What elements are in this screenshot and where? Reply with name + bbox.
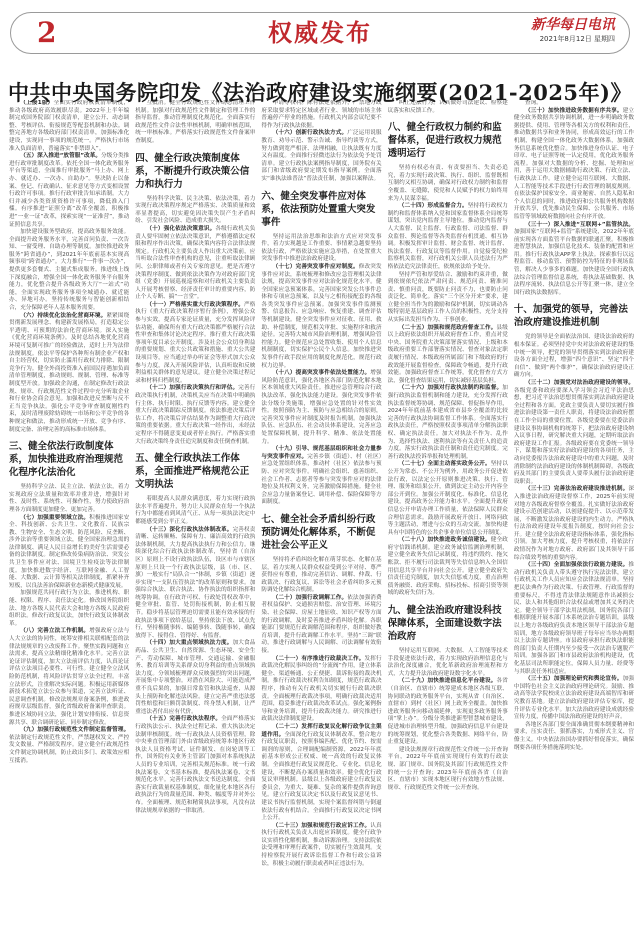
subsection-lead: （六）持续优化法治化营商环境。 <box>20 313 106 319</box>
subsection-lead: （三十四）全面加强依法行政能力建设。 <box>525 562 628 568</box>
paragraph-text: 深入推进法治政府建设督察工作，2025年前实现对地方各级政府督察全覆盖。扎实做好… <box>514 486 634 560</box>
paragraph-text: 坚持有权必有责、有责要担当、失责必追究，着力实现行政决策、执行、组织、监督既相互… <box>388 165 508 201</box>
issue-date: 2021年8月12日 星期四 <box>531 34 615 44</box>
subsection-lead: （九）加强行政规范性文件制定监督管理。 <box>20 727 129 733</box>
paragraph: （十二）加强行政决策执行和评估。完善行政决策执行机制，决策机关应当在决策中明确执… <box>135 385 255 446</box>
paragraph: （七）加强重要领域立法。积极推进国家安全、科技创新、公共卫生、文化教育、民族宗教… <box>9 515 129 591</box>
paragraph: 坚持科学立法、民主立法、依法立法，着力实现政府立法质量和效率并重并进，增强针对性… <box>9 484 129 514</box>
paragraph-text: 加强国家“互联网+监管”系统建设，2022年年底前实现各方面监管平台数据的联通汇… <box>514 229 634 296</box>
paragraph: （二十三）加强和规范行政应诉工作。认真执行行政机关负责人出庭应诉制度。健全行政争… <box>261 823 381 869</box>
paragraph: （十一）严格落实重大行政决策程序。严格执行《重大行政决策程序暂行条例》，增强公众… <box>135 302 255 386</box>
subsection-lead: （二十三）加强和规范行政应诉工作。 <box>273 823 371 829</box>
paragraph-text: 完善权责清晰、运转顺畅、保障有力、廉洁高效的行政执法体制机制，大力提高执法执行力… <box>135 527 255 639</box>
subsection-lead: （二十九）加快推进信息化平台建设。 <box>399 678 497 684</box>
paragraph-text: 建立健全政务数据共享协调机制，进一步明确政务数据提供、使用、管理等各相关方的权利… <box>514 108 634 220</box>
masthead: 2 权威发布 新华每日电讯 2021年8月12日 星期四 <box>10 12 630 54</box>
paragraph-text: 加强规范共同行政行为立法，推进机构、职能、权限、程序、责任法定化。修改国务院组织… <box>9 590 129 626</box>
section-heading: 六、健全突发事件应对体系，依法预防处置重大突发事件 <box>261 190 381 229</box>
subsection-lead: （十五）完善行政执法程序。 <box>146 716 221 722</box>
paragraph: （九）加强行政规范性文件制定监督管理。依法制定行政规范性文件，严禁越权发文、严控… <box>9 727 129 765</box>
paragraph: 坚持运用法治思维和法治方式应对突发事件，着力实现越是工作重要、事情紧急越要坚持依… <box>261 234 381 264</box>
paragraph-text: 紧紧围绕贯彻新发展理念、构建新发展格局，打造稳定公平透明、可预期的法治化营商环境… <box>9 313 129 433</box>
paragraph-text: 坚持运用互联网、大数据、人工智能等技术手段促进依法行政，着力实现政府治理信息化与… <box>388 648 508 677</box>
paragraph: （三十二）加强党对法治政府建设的领导。各级党委和政府要深入学习领会习近平法治思想… <box>514 380 634 486</box>
paragraph: 纠正违法行为。认真做好司法建议、检察建议落实和反馈工作。 <box>388 100 508 115</box>
paragraph-text: 分级分类推进行政审批制度改革。依托全国一体化政务服务平台等渠道，全面推行审批服务… <box>9 153 129 227</box>
paragraph-text: 党的领导是全面依法治国、建设法治政府的根本保证。必须坚持党中央对法治政府建设的集… <box>514 334 634 378</box>
subsection-lead: （三十二）加强党对法治政府建设的领导。 <box>525 380 634 386</box>
paragraph-text: 增强政府立法与人大立法的协同性，统筹安排相关联相配套的法律法规规章的立改废释工作… <box>9 628 129 725</box>
paragraph-text: 依法加强消费者权益保护、交通损害赔偿、治安管理、环境污染、社会保障、房屋土地征收… <box>261 595 381 654</box>
subsection-lead: （三十三）完善法治政府建设推进机制。 <box>525 486 628 492</box>
paragraph: （十三）深化行政执法体制改革。完善权责清晰、运转顺畅、保障有力、廉洁高效的行政执… <box>135 527 255 641</box>
paragraph: 各地区各部门要全面准确贯彻本纲要精神和要求，压实责任、狠抓落实，力戒形式主义、官… <box>514 722 634 752</box>
paragraph: （二十五）加强和规范政府督查工作。县级以上政府依法组织开展政府督查工作，重点对党… <box>388 325 508 386</box>
subsection-lead: （十一）严格落实重大行政决策程序。 <box>146 302 244 308</box>
paragraph: （十四）加大重点领域执法力度。加大食品药品、公共卫生、自然资源、生态环境、安全生… <box>135 640 255 716</box>
paragraph-text: 坚持将矛盾纠纷化解在萌芽状态、化解在基层，着力实现人民群众权益受到公平对待、尊严… <box>261 557 381 593</box>
subsection-lead: （十四）加大重点领域执法力度。 <box>146 640 232 646</box>
paragraph-text: 各级行政机关负责人要牢固树立依法决策意识，严格遵循法定权限和程序作出决策，确保决… <box>135 226 255 300</box>
subsection-lead: （十）强化依法决策意识。 <box>146 226 215 232</box>
subsection-lead: （十三）深化行政执法体制改革。 <box>146 527 232 533</box>
paragraph-text: 推动行政机关负责人带头遵守执行宪法法律，建立行政机关工作人员应知应会法律法规清单… <box>514 562 634 674</box>
paragraph-text: 建设法规规章行政规范性文件统一公开查询平台，2022年年底前实现现行有效的行政法… <box>388 747 508 791</box>
paragraph: （十八）提高突发事件依法处置能力。增强风险防范意识，强化各地区各部门防范化解本地… <box>261 370 381 446</box>
paragraph-text: 加大食品药品、公共卫生、自然资源、生态环境、安全生产、劳动保障、城市管理、交通运… <box>135 640 255 714</box>
paragraph: 申请等权利。除有法定依据外，严禁地方政府采取要求特定区域或者行业、领域的市场主体… <box>261 100 381 130</box>
subsection-lead: （二十六）加强对行政执法制约和监督。 <box>399 385 502 391</box>
section-heading: 十、加强党的领导，完善法治政府建设推进机制 <box>514 303 634 329</box>
paragraph-text: 各级党委和政府要深入学习领会习近平法治思想，把习近平法治思想贯彻落实到法治政府建… <box>514 388 634 485</box>
paragraph-text: 健全政府守信践诺机制。建立政务诚信监测治理机制，建立健全政务失信记录制度，将违约… <box>388 537 508 596</box>
paragraph: （二十）加强行政调解工作。依法加强消费者权益保护、交通损害赔偿、治安管理、环境污… <box>261 595 381 656</box>
paragraph: （十九）引导、规范基层组织和社会力量参与突发事件应对。完善乡镇（街道）、村（社区… <box>261 446 381 507</box>
paragraph-text: 查询。 <box>525 100 542 106</box>
paragraph-text: 加强中国特色社会主义法治政府理论研究。鼓励、推动高等法学院校成立法治政府建设高端… <box>514 676 634 720</box>
paragraph: 坚持有权必有责、有责要担当、失责必追究，着力实现行政决策、执行、组织、监督既相互… <box>388 165 508 203</box>
paragraph: （六）持续优化法治化营商环境。紧紧围绕贯彻新发展理念、构建新发展格局，打造稳定公… <box>9 313 129 435</box>
paragraph: 建设法规规章行政规范性文件统一公开查询平台，2022年年底前实现现行有效的行政法… <box>388 747 508 793</box>
paragraph: （二十九）加快推进信息化平台建设。各省（自治区、直辖市）统筹建成本地区各级互联、… <box>388 678 508 746</box>
paragraph: （二十六）加强对行政执法制约和监督。加强行政执法监督机制和能力建设，充分发挥行政… <box>388 385 508 461</box>
subsection-lead: （三十五）加强理论研究和舆论宣传。 <box>525 676 623 682</box>
subsection-lead: （二十）加强行政调解工作。 <box>273 595 348 601</box>
paragraph-text: 广泛运用说服教育、劝导示范、警示告诫、指导约谈等方式，努力做到宽严相济、法理相融… <box>261 130 381 182</box>
section-heading: 五、健全行政执法工作体系，全面推进严格规范公正文明执法 <box>135 452 255 491</box>
subsection-lead: （二十五）加强和规范政府督查工作。 <box>399 325 497 331</box>
paragraph: （二十二）发挥行政复议化解行政争议主渠道作用。全面深化行政复议体制改革，整合地方… <box>261 724 381 823</box>
paragraph: （上接1版）全面实行政府权责清单制度，推动各级政府高效履职尽责。2022年上半年… <box>9 100 129 153</box>
paragraph: （二十七）全面主动落实政务公开。坚持以公开为常态、不公开为例外，用政务公开促进依… <box>388 461 508 537</box>
paragraph: （二十八）加快推进政务诚信建设。健全政府守信践诺机制。建立政务诚信监测治理机制，… <box>388 537 508 598</box>
paragraph-text: 完善行政决策执行机制，决策机关应当在决策中明确执行主体、执行时限、执行反馈等内容… <box>135 385 255 444</box>
paragraph-text: 坚持科学立法、民主立法、依法立法，着力实现政府立法质量和效率并重并进，增强针对性… <box>9 484 129 513</box>
paragraph: 加快建设服务型政府，提高政务服务效能。全面提升政务服务水平，完善首问负责、一次告… <box>9 229 129 313</box>
subsection-lead: （三十）加快推进政务数据有序共享。 <box>525 108 623 114</box>
paragraph: 党的领导是全面依法治国、建设法治政府的根本保证。必须坚持党中央对法治政府建设的集… <box>514 334 634 380</box>
paragraph-text: 完善乡镇（街道）、村（社区）应急处置组织体系，推动村（社区）依法参与预防、应对突… <box>261 454 381 506</box>
paragraph-text: 全面深化行政复议体制改革，整合地方行政复议职责，按照事编匹配、优化节约、按需调剂… <box>261 732 381 822</box>
paragraph: （十五）完善行政执法程序。全面严格落实行政执法公示、执法全过程记录、重大执法决定… <box>135 716 255 815</box>
paragraph-text: 发挥行政裁决化解民事纠纷的“分流阀”作用，建立体系健全、渠道畅通、公正便捷、裁诉… <box>261 656 381 723</box>
subsection-lead: （二十四）形成监督合力。 <box>399 203 468 209</box>
paragraph: （二十四）形成监督合力。坚持将行政权力制约和监督体系纳入党和国家监督体系全局统筹… <box>388 203 508 271</box>
subsection-lead: （上接1版） <box>20 100 53 106</box>
paragraph: 着眼提高人民群众满意度，着力实现行政执法水平普遍提升，努力让人民群众在每一个执法… <box>135 496 255 526</box>
paragraph-text: 着眼提高人民群众满意度，着力实现行政执法水平普遍提升，努力让人民群众在每一个执法… <box>135 496 255 525</box>
paragraph: 坚持运用互联网、大数据、人工智能等技术手段促进依法行政，着力实现政府治理信息化与… <box>388 648 508 678</box>
paragraph-text: 坚持严管和厚爱结合、激励和约束并重，做到依规依纪依法严肃问责、规范问责、精准问责… <box>388 272 508 324</box>
column-1: （上接1版）全面实行政府权责清单制度，推动各级政府高效履职尽责。2022年上半年… <box>9 100 129 920</box>
subsection-lead: （二十八）加快推进政务诚信建设。 <box>399 537 491 543</box>
paragraph-text: 加强行政执法监督机制和能力建设，充分发挥行政执法监督统筹协调、规范保障、督促指导… <box>388 385 508 459</box>
paragraph: 坚持将矛盾纠纷化解在萌芽状态、化解在基层，着力实现人民群众权益受到公平对待、尊严… <box>261 557 381 595</box>
subsection-lead: （三十一）深入推进“互联网+”监管执法。 <box>525 222 634 228</box>
paragraph-text: 各地区各部门要全面准确贯彻本纲要精神和要求，压实责任、狠抓落实，力戒形式主义、官… <box>514 722 634 751</box>
paragraph: （五）深入推进“放管服”改革。分级分类推进行政审批制度改革。依托全国一体化政务服… <box>9 153 129 229</box>
paragraph-text: 县级以上政府依法组织开展政府督查工作，重点对党中央、国务院重大决策部署落实情况、… <box>388 325 508 384</box>
paragraph-text: 坚持将行政权力制约和监督体系纳入党和国家监督体系全局统筹谋划，突出党内监督主导地… <box>388 203 508 270</box>
paragraph-text: 认真执行行政机关负责人出庭应诉制度。健全行政争议实质性化解机制，推动诉源治理。支… <box>261 823 381 867</box>
paragraph-text: 严格执行《重大行政决策程序暂行条例》，增强公众参与实效，提高专家论证质量，充分发… <box>135 302 255 384</box>
paragraph: 坚持科学决策、民主决策、依法决策，着力实现行政决策程序规定严格落实、决策质量和效… <box>135 196 255 226</box>
paragraph: （三十四）全面加强依法行政能力建设。推动行政机关负责人带头遵守执行宪法法律，建立… <box>514 562 634 676</box>
subsection-lead: （八）完善立法工作机制。 <box>20 628 89 634</box>
paragraph: （三十三）完善法治政府建设推进机制。深入推进法治政府建设督察工作，2025年前实… <box>514 486 634 562</box>
paragraph: （十六）创新行政执法方式。广泛运用说服教育、劝导示范、警示告诫、指导约谈等方式，… <box>261 130 381 183</box>
paragraph: （十）强化依法决策意识。各级行政机关负责人要牢固树立依法决策意识，严格遵循法定权… <box>135 226 255 302</box>
paragraph-text: 坚持以公开为常态、不公开为例外，用政务公开促进依法行政，以法定公开原则推进决策、… <box>388 461 508 535</box>
section-heading: 九、健全法治政府建设科技保障体系，全面建设数字法治政府 <box>388 604 508 643</box>
subsection-lead: （十二）加强行政决策执行和评估。 <box>146 385 238 391</box>
paragraph-text: 全面实行政府权责清单制度，推动各级政府高效履职尽责。2022年上半年编制完成国务… <box>9 100 129 152</box>
newspaper-logo: 新华每日电讯 <box>531 16 615 34</box>
paragraph-text: 互抵消。健全行政规范性文件动态清理工作机制。加强对行政规范性文件制定和管理工作的… <box>135 100 255 144</box>
section-heading: 七、健全社会矛盾纠纷行政预防调处化解体系，不断促进社会公平正义 <box>261 513 381 552</box>
section-heading: 三、健全依法行政制度体系，加快推进政府治理规范化程序化法治化 <box>9 440 129 479</box>
paragraph: 查询。 <box>514 100 634 108</box>
paragraph-text: 坚持运用法治思维和法治方式应对突发事件，着力实现越是工作重要、事情紧急越要坚持依… <box>261 234 381 263</box>
column-5: 查询。（三十）加快推进政务数据有序共享。建立健全政务数据共享协调机制，进一步明确… <box>514 100 634 920</box>
paragraph-text: 依法制定行政规范性文件，严禁越权发文、严控发文数量、严格制发程序。建立健全行政规… <box>9 735 129 764</box>
paragraph-text: 申请等权利。除有法定依据外，严禁地方政府采取要求特定区域或者行业、领域的市场主体… <box>261 100 381 129</box>
article-body: （上接1版）全面实行政府权责清单制度，推动各级政府高效履职尽责。2022年上半年… <box>9 100 634 920</box>
paragraph-text: 坚持科学决策、民主决策、依法决策，着力实现行政决策程序规定严格落实、决策质量和效… <box>135 196 255 225</box>
paragraph: （三十五）加强理论研究和舆论宣传。加强中国特色社会主义法治政府理论研究。鼓励、推… <box>514 676 634 722</box>
paragraph: （十七）完善突发事件应对制度。修改突发事件应对法，系统梳理和修改应急管理相关法律… <box>261 264 381 370</box>
paragraph: （八）完善立法工作机制。增强政府立法与人大立法的协同性，统筹安排相关联相配套的法… <box>9 628 129 727</box>
subsection-lead: （二十七）全面主动落实政务公开。 <box>399 461 491 467</box>
subsection-lead: （十八）提高突发事件依法处置能力。 <box>273 370 371 376</box>
brand-block: 新华每日电讯 2021年8月12日 星期四 <box>531 16 615 44</box>
column-3: 申请等权利。除有法定依据外，严禁地方政府采取要求特定区域或者行业、领域的市场主体… <box>261 100 381 920</box>
subsection-lead: （十六）创新行政执法方式。 <box>273 130 348 136</box>
paragraph: 坚持严管和厚爱结合、激励和约束并重，做到依规依纪依法严肃问责、规范问责、精准问责… <box>388 272 508 325</box>
paragraph: （三十一）深入推进“互联网+”监管执法。加强国家“互联网+监管”系统建设，202… <box>514 222 634 298</box>
paragraph-text: 增强风险防范意识，强化各地区各部门防范化解本地区本领域重大风险责任。推进应急管理… <box>261 370 381 444</box>
section-heading: 八、健全行政权力制约和监督体系，促进行政权力规范透明运行 <box>388 121 508 160</box>
subsection-lead: （七）加强重要领域立法。 <box>20 515 89 521</box>
section-heading: 四、健全行政决策制度体系，不断提升行政决策公信力和执行力 <box>135 152 255 191</box>
subsection-lead: （十七）完善突发事件应对制度。 <box>273 264 359 270</box>
paragraph: 加强规范共同行政行为立法，推进机构、职能、权限、程序、责任法定化。修改国务院组织… <box>9 590 129 628</box>
paragraph-text: 纠正违法行为。认真做好司法建议、检察建议落实和反馈工作。 <box>388 100 508 114</box>
subsection-lead: （五）深入推进“放管服”改革。 <box>20 153 101 159</box>
paragraph: 互抵消。健全行政规范性文件动态清理工作机制。加强对行政规范性文件制定和管理工作的… <box>135 100 255 146</box>
paragraph-text: 修改突发事件应对法，系统梳理和修改应急管理相关法律法规，提高突发事件应对法治化规… <box>261 264 381 369</box>
paragraph: （二十一）有序推进行政裁决工作。发挥行政裁决化解民事纠纷的“分流阀”作用，建立体… <box>261 656 381 724</box>
paragraph-text: 加快建设服务型政府，提高政务服务效能。全面提升政务服务水平，完善首问负责、一次告… <box>9 229 129 311</box>
paragraph-text: 全面严格落实行政执法公示、执法全过程记录、重大执法决定法制审核制度。统一行政执法… <box>135 716 255 813</box>
paragraph-text: 各省（自治区、直辖市）统筹建成本地区各级互联、协同联动的政务服务平台，实现从省（… <box>388 678 508 745</box>
column-4: 纠正违法行为。认真做好司法建议、检察建议落实和反馈工作。八、健全行政权力制约和监… <box>388 100 508 920</box>
column-2: 互抵消。健全行政规范性文件动态清理工作机制。加强对行政规范性文件制定和管理工作的… <box>135 100 255 920</box>
paragraph: （三十）加快推进政务数据有序共享。建立健全政务数据共享协调机制，进一步明确政务数… <box>514 108 634 222</box>
paragraph-text: 积极推进国家安全、科技创新、公共卫生、文化教育、民族宗教、生物安全、生态文明、防… <box>9 515 129 589</box>
subsection-lead: （二十一）有序推进行政裁决工作。 <box>273 656 365 662</box>
